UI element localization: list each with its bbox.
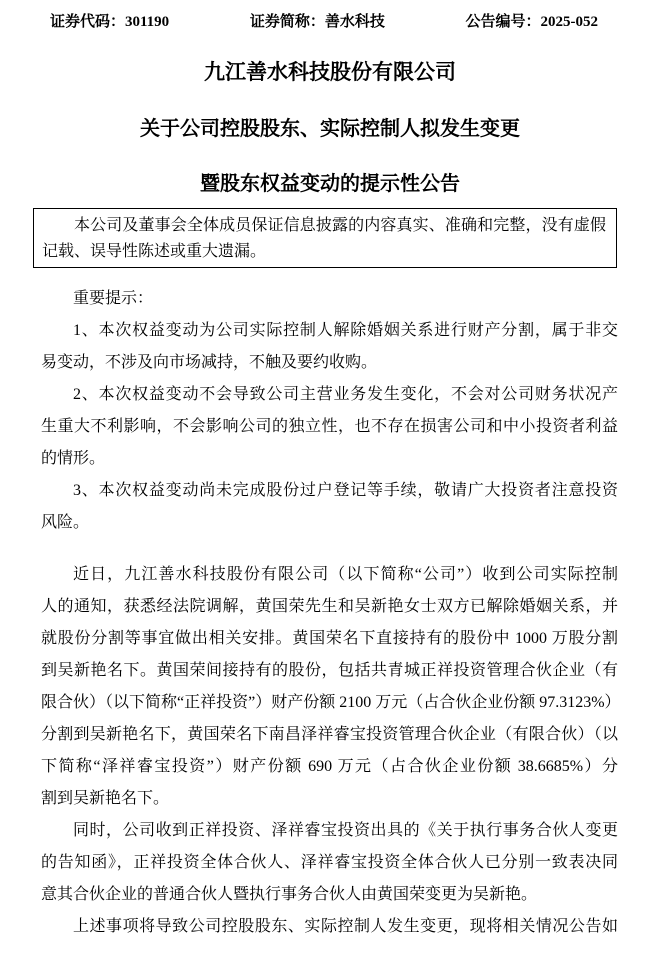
paragraph-1-line-7: 下简称“泽祥睿宝投资”）财产份额 690 万元（占合伙企业份额 38.6685%… <box>41 751 618 783</box>
board-declaration-box: 本公司及董事会全体成员保证信息披露的内容真实、准确和完整，没有虚假 记载、误导性… <box>33 208 617 268</box>
paragraph-1-line-3: 就股份分割等事宜做出相关安排。黄国荣名下直接持有的股份中 1000 万股分割 <box>41 623 618 655</box>
paragraph-1-line-5: 限合伙）（以下简称“正祥投资”）财产份额 2100 万元（占合伙企业份额 97.… <box>41 687 618 719</box>
notice-item-2-line-2: 生重大不利影响，不会影响公司的独立性，也不存在损害公司和中小投资者利益 <box>41 411 618 443</box>
paragraph-1-line-1: 近日，九江善水科技股份有限公司（以下简称“公司”）收到公司实际控制 <box>41 559 618 591</box>
notice-item-2-line-1: 2、本次权益变动不会导致公司主营业务发生变化，不会对公司财务状况产 <box>41 379 618 411</box>
announcement-number: 公告编号：2025-052 <box>465 13 598 32</box>
announcement-title-line1: 关于公司控股股东、实际控制人拟发生变更 <box>0 115 660 143</box>
paragraph-2-line-3: 意其合伙企业的普通合伙人暨执行事务合伙人由黄国荣变更为吴新艳。 <box>41 879 618 911</box>
document-body: 重要提示： 1、本次权益变动为公司实际控制人解除婚姻关系进行财产分割，属于非交 … <box>41 283 618 943</box>
section-spacer <box>41 539 618 559</box>
paragraph-3-line-1: 上述事项将导致公司控股股东、实际控制人发生变更，现将相关情况公告如 <box>41 911 618 943</box>
company-name-title: 九江善水科技股份有限公司 <box>0 57 660 87</box>
notice-item-1-line-2: 易变动，不涉及向市场减持，不触及要约收购。 <box>41 347 618 379</box>
stock-short-name: 证券简称：善水科技 <box>250 13 385 32</box>
paragraph-1-line-2: 人的通知，获悉经法院调解，黄国荣先生和吴新艳女士双方已解除婚姻关系，并 <box>41 591 618 623</box>
notice-item-2-line-3: 的情形。 <box>41 443 618 475</box>
document-header: 证券代码：301190 证券简称：善水科技 公告编号：2025-052 <box>0 0 660 32</box>
declaration-line-2: 记载、误导性陈述或重大遗漏。 <box>42 239 606 265</box>
paragraph-2-line-2: 的告知函》，正祥投资全体合伙人、泽祥睿宝投资全体合伙人已分别一致表决同 <box>41 847 618 879</box>
declaration-line-1: 本公司及董事会全体成员保证信息披露的内容真实、准确和完整，没有虚假 <box>42 213 606 239</box>
paragraph-1-line-6: 分割到吴新艳名下，黄国荣名下南昌泽祥睿宝投资管理合伙企业（有限合伙）（以 <box>41 719 618 751</box>
important-notice-heading: 重要提示： <box>41 283 618 315</box>
notice-item-1-line-1: 1、本次权益变动为公司实际控制人解除婚姻关系进行财产分割，属于非交 <box>41 315 618 347</box>
notice-item-3-line-1: 3、本次权益变动尚未完成股份过户登记等手续，敬请广大投资者注意投资 <box>41 475 618 507</box>
announcement-page: 证券代码：301190 证券简称：善水科技 公告编号：2025-052 九江善水… <box>0 0 660 968</box>
paragraph-1-line-8: 割到吴新艳名下。 <box>41 783 618 815</box>
paragraph-2-line-1: 同时，公司收到正祥投资、泽祥睿宝投资出具的《关于执行事务合伙人变更 <box>41 815 618 847</box>
paragraph-1-line-4: 到吴新艳名下。黄国荣间接持有的股份，包括共青城正祥投资管理合伙企业（有 <box>41 655 618 687</box>
notice-item-3-line-2: 风险。 <box>41 507 618 539</box>
stock-code: 证券代码：301190 <box>50 13 169 32</box>
announcement-title-line2: 暨股东权益变动的提示性公告 <box>0 170 660 198</box>
